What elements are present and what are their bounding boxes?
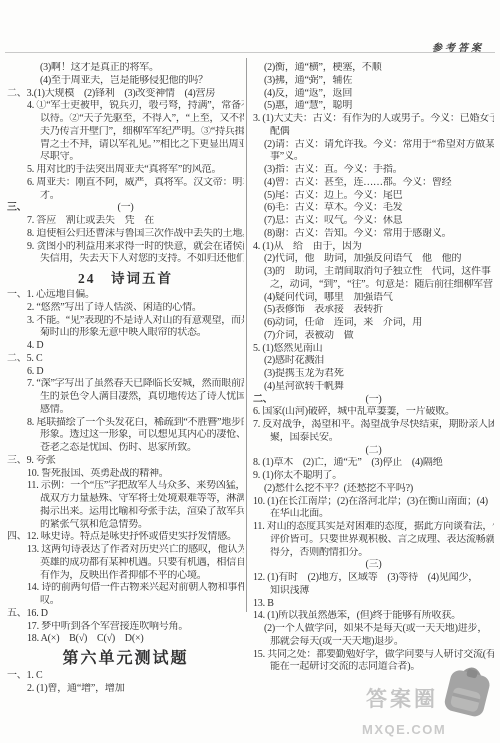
answer-line: 战双方力量悬殊、守军将士处境艰难等等，淋漓尽致地: [7, 493, 244, 506]
answer-line: (2)代词，他 助词，加强反问语气 他 他的: [253, 253, 494, 266]
answer-line: (4)至于周亚夫，岂是能够侵犯他的吗？: [7, 75, 244, 88]
answer-line: (5)惠，通“慧”，聪明: [253, 100, 494, 113]
answer-line: (4)反，通“返”，返回: [253, 88, 494, 101]
part-marker: (一): [117, 202, 133, 213]
answer-line: (6)动词，任命 连词，来 介词，用: [253, 317, 494, 330]
answer-line: 5. (1)悠然见南山: [253, 343, 494, 356]
answer-line: 2. “悠然”写出了诗人恬淡、闲适的心情。: [7, 302, 244, 315]
answer-line: 形象。透过这一形象，可以想见其内心的凄怆、悲凉，其: [7, 429, 244, 442]
answer-line: 失信用，失去天下人对您的支持。不如归还他们的失地。: [7, 253, 244, 266]
answer-line: 12. (1)有时 (2)地方，区域等 (3)等待 (4)见闻少，: [253, 572, 494, 585]
answer-line: (2)请：古义：请允许我。今义：常用于“希望对方做某: [253, 139, 494, 152]
answer-line: (4)曾：古义：甚至，连……都。今义：曾经: [253, 177, 494, 190]
answer-line: 6. 周亚夫：刚直不阿，威严，真将军。汉文帝：明君，善识人: [7, 177, 244, 190]
watermark-site: MXQE.COM: [362, 722, 446, 737]
answer-line: 一、1. C: [7, 670, 244, 683]
answer-line: 评价皆可。只要世界观积极、言之成理、表达流畅就可: [253, 534, 494, 547]
header-rule: [5, 52, 495, 53]
answer-line: 胄之士不拜，请以军礼见。’”相比之下更显出周亚夫恪: [7, 139, 244, 152]
answer-line: 4. D: [7, 340, 244, 353]
answer-line: 13. B: [253, 598, 494, 611]
answer-line: 二、5. C: [7, 353, 244, 366]
answer-line: 13. 这两句诗表达了作者对历史兴亡的感叹，他认为历史上: [7, 544, 244, 557]
answer-line: (4)星河欲转千帆舞: [253, 381, 494, 394]
section-label: 二、: [253, 394, 273, 407]
part-marker: (三): [253, 559, 494, 572]
answer-line: (2)一个人做学问，如果不是每天(或一天天地)进步，: [253, 623, 494, 636]
answer-page: 参考答案 (3)啊！这才是真正的将军。(4)至于周亚夫，岂是能够侵犯他的吗？二、…: [0, 0, 500, 743]
answer-line: 叹。: [7, 595, 244, 608]
answer-line: 10. (1)在长江南岸；(2)在洛河北岸；(3)在衡山南面；(4): [253, 496, 494, 509]
answer-line: 11. 示例：一个“压”字把敌军人马众多、来势凶猛，以及交: [7, 480, 244, 493]
answer-line: (5)表修饰 表承接 表转折: [253, 304, 494, 317]
section-label: 三、: [7, 202, 27, 215]
watermark: 答案圈 MXQE.COM: [360, 659, 496, 739]
answer-line: 英雄的成功都有某种机遇。只要有机遇，相信自己总会: [7, 557, 244, 570]
lesson-title: 24 诗词五首: [7, 266, 244, 289]
answer-line: 3. (1)大丈夫：古义：有作为的人或男子。今义：已婚女子的: [253, 113, 494, 126]
backpack-icon: [435, 654, 500, 727]
answer-line: (3)啊！这才是真正的将军。: [7, 62, 244, 75]
answer-line: (2)愁什么挖不平？(还愁挖不平吗?): [253, 483, 494, 496]
left-column: (3)啊！这才是真正的将军。(4)至于周亚夫，岂是能够侵犯他的吗？二、3.(1)…: [7, 62, 244, 696]
section-part-row: 二、(一): [253, 394, 494, 407]
answer-line: 9. (1)你太不聪明了。: [253, 470, 494, 483]
answer-line: 7. “深”字写出了虽然春天已降临长安城，然而眼前乱草丛: [7, 378, 244, 391]
unit-test-title: 第六单元测试题: [7, 646, 244, 670]
answer-line: 之，动词，“到”，“往”。句意是：随后前往细柳军营: [253, 279, 494, 292]
answer-line: 二、3.(1)大规模 (2)锋利 (3)改变神情 (4)营房: [7, 88, 244, 101]
answer-line: 18. A(×) B(√) C(√) D(×): [7, 633, 244, 646]
answer-line: 以待。②“天子先驱至，不得入”，“上至，又不得入”“亚: [7, 113, 244, 126]
answer-line: (5)尾：古义：边上。今义：尾巴: [253, 190, 494, 203]
section-part-row: 三、(一): [7, 202, 244, 215]
answer-line: 4. ①“军士吏被甲，锐兵刃，彀弓弩，持满”，常备不懈，严阵: [7, 100, 244, 113]
answer-line: (3)的 助词，主谓间取消句子独立性 代词，这件事: [253, 266, 494, 279]
answer-line: 生的景色令人满目凄然，真切地传达了诗人忧国伤时的: [7, 391, 244, 404]
answer-line: 9. 贪图小的利益用来求得一时的快意，就会在诸侯面前丧: [7, 241, 244, 254]
answer-line: 6. 国家(山河)破碎，城中乱草萋萋，一片破败。: [253, 406, 494, 419]
answer-line: 在华山北面。: [253, 508, 494, 521]
answer-line: 6. D: [7, 366, 244, 379]
answer-line: 11. 对山的态度其实是对困难的态度，据此方向谈看法，作: [253, 521, 494, 534]
column-divider: [246, 58, 247, 612]
answer-line: 知识浅薄: [253, 585, 494, 598]
answer-line: 五、16. D: [7, 608, 244, 621]
answer-line: 7. 反对战争，渴望和平。渴望战争尽快结束，期盼亲人团: [253, 419, 494, 432]
answer-line: 17. 梦中听到各个军营接连吹响号角。: [7, 621, 244, 634]
answer-line: (3)提携玉龙为君死: [253, 368, 494, 381]
answer-line: 夫乃传言开壁门”，细柳军军纪严明。③“持兵揖曰：‘介: [7, 126, 244, 139]
watermark-brand: 答案圈: [366, 683, 438, 713]
answer-line: (7)介词，表被动 做: [253, 330, 494, 343]
answer-line: (2)感时花溅泪: [253, 355, 494, 368]
answer-line: 菊时山的形象无意中映入眼帘的状态。: [7, 327, 244, 340]
answer-line: (2)衡，通“横”，梗塞，不顺: [253, 62, 494, 75]
answer-line: 14. 诗的前两句借一件古物来兴起对前朝人物和事件的感: [7, 582, 244, 595]
part-marker: (二): [253, 445, 494, 458]
answer-line: (3)指：古义：直。今义：手指。: [253, 164, 494, 177]
answer-line: 揭示出来。运用比喻和夸张手法，渲染了敌军兵临城下: [7, 506, 244, 519]
answer-line: 4. (1)从 给 由于，因为: [253, 241, 494, 254]
answer-line: (6)毛：古义：草木。今义：毛发: [253, 202, 494, 215]
answer-line: 10. 誓死报国、英勇赴战的精神。: [7, 468, 244, 481]
answer-line: 事”义。: [253, 151, 494, 164]
answer-line: (4)疑问代词，哪里 加强语气: [253, 292, 494, 305]
answer-line: 那就会每天(或一天天地)退步。: [253, 636, 494, 649]
answer-line: 三、9. 夸张: [7, 455, 244, 468]
answer-line: 四、12. 咏史诗。特点是咏史抒怀或借史实抒发情感。: [7, 531, 244, 544]
answer-line: 得分，否则酌情扣分。: [253, 547, 494, 560]
answer-line: 感情。: [7, 404, 244, 417]
answer-line: 聚，国泰民安。: [253, 432, 494, 445]
answer-line: 7. 答应 割让或丢失 凭 在: [7, 215, 244, 228]
part-marker: (一): [365, 394, 381, 405]
answer-line: 8. (1)草木 (2)亡，通“无” (3)停止 (4)隔绝: [253, 457, 494, 470]
answer-line: 8. 尾联描绘了一个头发花白，稀疏到“不胜簪”地步的诗人: [7, 417, 244, 430]
right-column: (2)衡，通“横”，梗塞，不顺(3)拂，通“弼”，辅佐(4)反，通“返”，返回(…: [253, 62, 494, 674]
answer-line: 尽职守。: [7, 151, 244, 164]
answer-line: 一、1. 心远地自偏。: [7, 289, 244, 302]
answer-line: (3)拂，通“弼”，辅佐: [253, 75, 494, 88]
answer-line: 5. 用对比的手法突出周亚夫“真将军”的风范。: [7, 164, 244, 177]
answer-line: (8)谢：古义：告知。今义：常用于感谢义。: [253, 228, 494, 241]
answer-line: 14. (1)所以我虽然愚笨，(但)终于能够有所收获。: [253, 610, 494, 623]
answer-line: 2. (1)曾，通“增”，增加: [7, 683, 244, 696]
answer-line: 有作为，反映出作者抑郁不平的心境。: [7, 570, 244, 583]
answer-line: 8. 迫使桓公归还曹沫与鲁国三次作战中丢失的土地。: [7, 228, 244, 241]
answer-line: 苍老之态是忧国、伤时、思家所致。: [7, 442, 244, 455]
answer-line: 3. 不能。“见”表现的不是诗人对山的有意观望，而是在采: [7, 315, 244, 328]
answer-line: 配偶: [253, 126, 494, 139]
answer-line: (7)息：古义：叹气。今义：休息: [253, 215, 494, 228]
answer-line: 才。: [7, 190, 244, 203]
answer-line: 的紧张气氛和危急情势。: [7, 519, 244, 532]
